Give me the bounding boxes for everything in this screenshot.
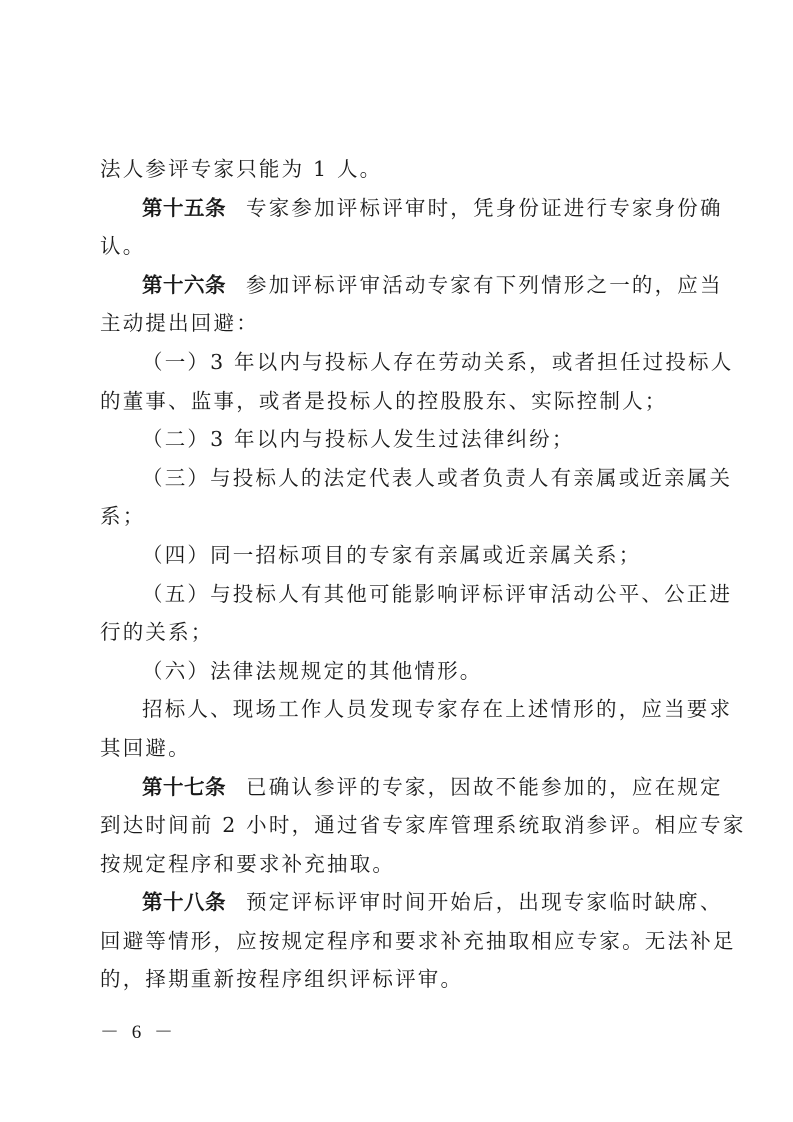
line-text: 其回避。 [100, 736, 191, 760]
line-text: （四）同一招标项目的专家有亲属或近亲属关系； [142, 543, 641, 567]
line-text: （五）与投标人有其他可能影响评标评审活动公平、公正进 [142, 582, 732, 606]
text-line: 按规定程序和要求补充抽取。 [100, 845, 692, 884]
line-text: 参加评标评审活动专家有下列情形之一的，应当 [246, 273, 723, 297]
text-line: 行的关系； [100, 613, 692, 652]
text-line: （三）与投标人的法定代表人或者负责人有亲属或近亲属关 [100, 459, 692, 498]
line-text: （一）3 年以内与投标人存在劳动关系，或者担任过投标人 [142, 350, 733, 374]
text-line: 第十七条已确认参评的专家，因故不能参加的，应在规定 [100, 768, 692, 807]
document-body: 法人参评专家只能为 1 人。第十五条专家参加评标评审时，凭身份证进行专家身份确认… [100, 150, 692, 999]
line-text: 的，择期重新按程序组织评标评审。 [100, 967, 463, 991]
text-line: 法人参评专家只能为 1 人。 [100, 150, 692, 189]
line-text: 按规定程序和要求补充抽取。 [100, 852, 395, 876]
article-heading: 第十七条 [142, 775, 226, 799]
text-line: 招标人、现场工作人员发现专家存在上述情形的，应当要求 [100, 690, 692, 729]
line-text: （二）3 年以内与投标人发生过法律纠纷； [142, 427, 575, 451]
text-line: 主动提出回避： [100, 304, 692, 343]
text-line: 回避等情形，应按规定程序和要求补充抽取相应专家。无法补足 [100, 922, 692, 961]
line-text: 专家参加评标评审时，凭身份证进行专家身份确 [246, 196, 723, 220]
line-text: （三）与投标人的法定代表人或者负责人有亲属或近亲属关 [142, 466, 732, 490]
line-text: 回避等情形，应按规定程序和要求补充抽取相应专家。无法补足 [100, 929, 736, 953]
text-line: 第十八条预定评标评审时间开始后，出现专家临时缺席、 [100, 883, 692, 922]
line-text: 行的关系； [100, 620, 214, 644]
text-line: 的董事、监事，或者是投标人的控股股东、实际控制人； [100, 382, 692, 421]
text-line: 第十五条专家参加评标评审时，凭身份证进行专家身份确 [100, 189, 692, 228]
line-text: 到达时间前 2 小时，通过省专家库管理系统取消参评。相应专家 [100, 813, 746, 837]
text-line: 第十六条参加评标评审活动专家有下列情形之一的，应当 [100, 266, 692, 305]
line-text: 主动提出回避： [100, 311, 259, 335]
line-text: 法人参评专家只能为 1 人。 [100, 157, 382, 181]
line-text: 已确认参评的专家，因故不能参加的，应在规定 [246, 775, 723, 799]
line-text: 系； [100, 504, 145, 528]
text-line: 的，择期重新按程序组织评标评审。 [100, 960, 692, 999]
text-line: （四）同一招标项目的专家有亲属或近亲属关系； [100, 536, 692, 575]
text-line: 到达时间前 2 小时，通过省专家库管理系统取消参评。相应专家 [100, 806, 692, 845]
text-line: （五）与投标人有其他可能影响评标评审活动公平、公正进 [100, 575, 692, 614]
article-heading: 第十六条 [142, 273, 226, 297]
line-text: （六）法律法规规定的其他情形。 [142, 659, 483, 683]
page-number: － 6 － [100, 1017, 177, 1044]
line-text: 的董事、监事，或者是投标人的控股股东、实际控制人； [100, 389, 668, 413]
text-line: （一）3 年以内与投标人存在劳动关系，或者担任过投标人 [100, 343, 692, 382]
article-heading: 第十八条 [142, 890, 226, 914]
line-text: 预定评标评审时间开始后，出现专家临时缺席、 [246, 890, 723, 914]
article-heading: 第十五条 [142, 196, 226, 220]
line-text: 认。 [100, 234, 145, 258]
line-text: 招标人、现场工作人员发现专家存在上述情形的，应当要求 [142, 697, 732, 721]
text-line: 系； [100, 497, 692, 536]
text-line: 认。 [100, 227, 692, 266]
text-line: 其回避。 [100, 729, 692, 768]
text-line: （六）法律法规规定的其他情形。 [100, 652, 692, 691]
text-line: （二）3 年以内与投标人发生过法律纠纷； [100, 420, 692, 459]
